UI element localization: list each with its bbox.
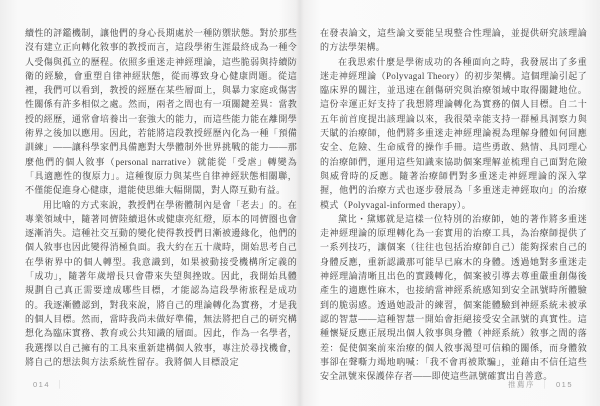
paragraph: 用比喻的方式來說，教授們在學術體制內是會「老去」的。在專業領域中，隨著同儕陸續退…	[25, 198, 297, 370]
left-page-footer: 014 ｜	[33, 379, 65, 390]
paragraph: 黛比・黛娜就是這樣一位特別的治療師，她的著作將多重迷走神經理論的原理轉化為一套實…	[320, 212, 587, 384]
footer-divider: ｜	[56, 378, 65, 391]
book-spread: 續性的評鑑機制，讓他們的身心長期處於一種防禦狀態。對於那些沒有建立正向轉化敘事的…	[0, 0, 600, 406]
footer-page-number: 014	[33, 380, 50, 389]
paragraph: 續性的評鑑機制，讓他們的身心長期處於一種防禦狀態。對於那些沒有建立正向轉化敘事的…	[25, 26, 297, 198]
page-right: 在發表論文，這些論文要能呈現整合性理論，並提供研究該理論的方法學架構。 在我思索…	[300, 0, 600, 406]
footer-divider: ｜	[541, 378, 550, 391]
paragraph: 在發表論文，這些論文要能呈現整合性理論，並提供研究該理論的方法學架構。	[320, 26, 587, 55]
footer-page-number: 015	[556, 380, 573, 389]
paragraph: 在我思索什麼是學術成功的各種面向之時，我發展出了多重迷走神經理論（Polyvag…	[320, 55, 587, 212]
right-page-text-block: 在發表論文，這些論文要能呈現整合性理論，並提供研究該理論的方法學架構。 在我思索…	[320, 26, 587, 383]
right-page-footer: 推薦序 ｜ 015	[508, 379, 573, 390]
page-left: 續性的評鑑機制，讓他們的身心長期處於一種防禦狀態。對於那些沒有建立正向轉化敘事的…	[0, 0, 300, 406]
left-page-text-block: 續性的評鑑機制，讓他們的身心長期處於一種防禦狀態。對於那些沒有建立正向轉化敘事的…	[25, 26, 297, 369]
footer-section-label: 推薦序	[508, 379, 535, 390]
